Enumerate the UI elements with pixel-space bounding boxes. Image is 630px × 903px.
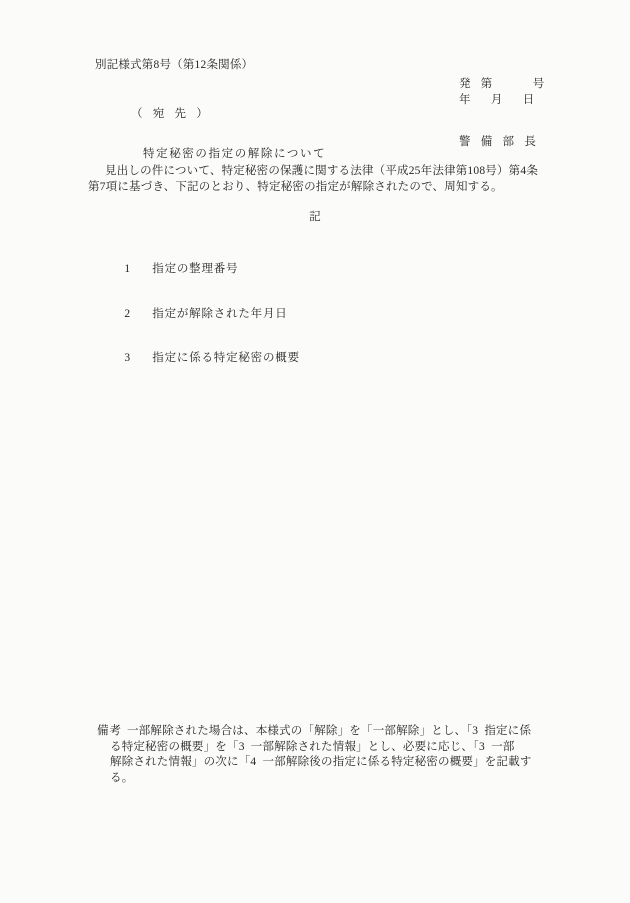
- date-line: 年 月 日: [459, 93, 534, 108]
- list-item-1: 1指定の整理番号: [112, 247, 238, 292]
- list-item-1-number: 1: [124, 262, 130, 277]
- addressee-placeholder: （ 宛 先 ）: [131, 107, 208, 122]
- remarks-line-1: 一部解除された場合は、本様式の「解除」を「一部解除」とし、「3 指定に係: [110, 724, 560, 740]
- sender-title: 警 備 部 長: [459, 135, 536, 150]
- document-title: 特定秘密の指定の解除について: [143, 147, 326, 162]
- remarks-line-3: 解除された情報」の次に「4 一部解除後の指定に係る特定秘密の概要」を記載す: [110, 755, 560, 771]
- list-item-3-label: 指定に係る特定秘密の概要: [152, 351, 300, 366]
- record-marker: 記: [0, 210, 630, 225]
- body-paragraph-line-1: 見出しの件について、特定秘密の保護に関する法律（平成25年法律第108号）第4条: [105, 164, 538, 179]
- list-item-2: 2指定が解除された年月日: [112, 292, 288, 337]
- list-item-2-label: 指定が解除された年月日: [152, 307, 287, 322]
- form-number-label: 別記様式第8号（第12条関係）: [95, 58, 253, 73]
- list-item-3-number: 3: [124, 351, 130, 366]
- body-paragraph-line-2: 第7項に基づき、下記のとおり、特定秘密の指定が解除されたので、周知する。: [88, 180, 503, 195]
- list-item-1-label: 指定の整理番号: [152, 262, 238, 277]
- document-page: 別記様式第8号（第12条関係） 発 第 号 年 月 日 （ 宛 先 ） 警 備 …: [0, 0, 630, 903]
- remarks-line-4: る。: [110, 771, 560, 787]
- remarks-paragraph: 一部解除された場合は、本様式の「解除」を「一部解除」とし、「3 指定に係 る特定…: [110, 724, 560, 787]
- document-number-line: 発 第 号: [459, 77, 544, 92]
- list-item-3: 3指定に係る特定秘密の概要: [112, 336, 300, 381]
- remarks-line-2: る特定秘密の概要」を「3 一部解除された情報」とし、必要に応じ、「3 一部: [110, 740, 560, 756]
- list-item-2-number: 2: [124, 307, 130, 322]
